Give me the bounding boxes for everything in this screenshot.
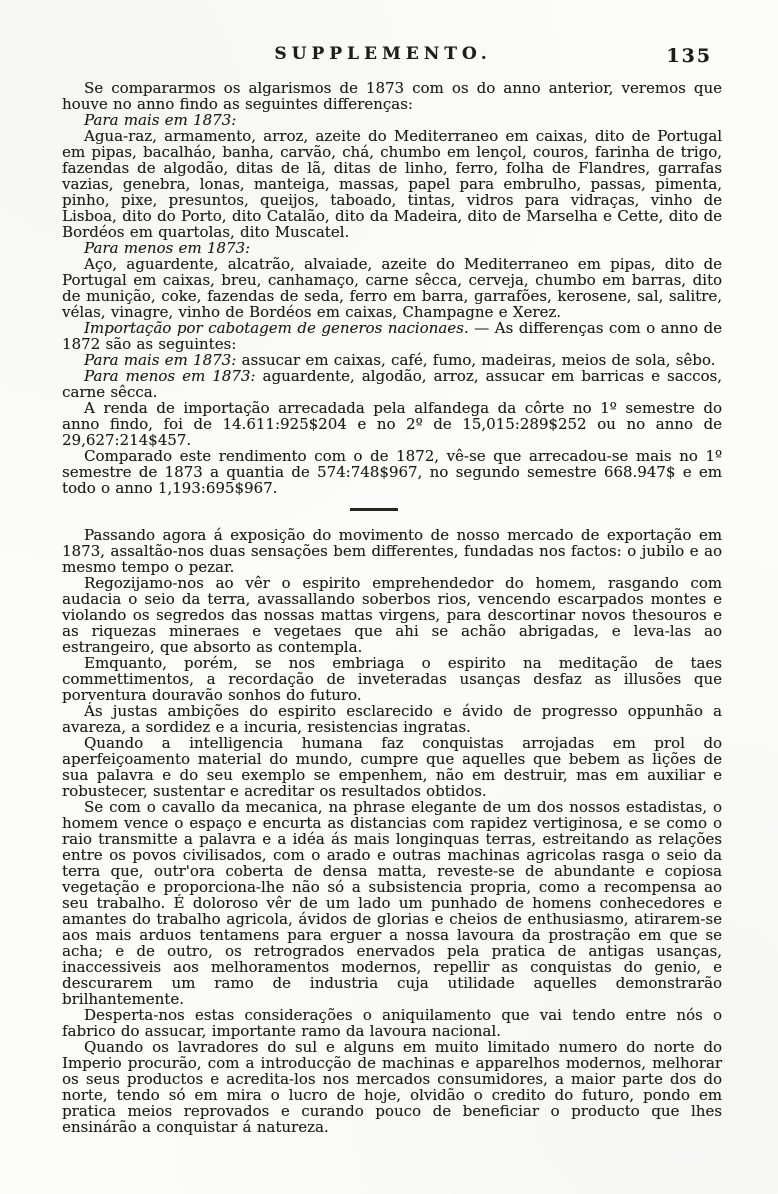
paragraph: Se compararmos os algarismos de 1873 com… — [62, 80, 722, 112]
paragraph: Ás justas ambições do espirito esclareci… — [62, 703, 722, 735]
paragraph: Passando agora á exposição do movimento … — [62, 527, 722, 575]
paragraph-text: Aço, aguardente, alcatrão, alvaiade, aze… — [62, 255, 722, 321]
paragraph: Agua-raz, armamento, arroz, azeite do Me… — [62, 128, 722, 240]
paragraph-text: Desperta-nos estas considerações o aniqu… — [62, 1006, 722, 1040]
page-number: 135 — [666, 45, 712, 67]
paragraph-text: Emquanto, porém, se nos embriaga o espir… — [62, 654, 722, 704]
paragraph-text: Quando a intelligencia humana faz conqui… — [62, 734, 722, 800]
paragraph-text: Se com o cavallo da mecanica, na phrase … — [62, 798, 722, 1008]
paragraph: Aço, aguardente, alcatrão, alvaiade, aze… — [62, 256, 722, 320]
paragraph-text: Comparado este rendimento com o de 1872,… — [62, 447, 722, 497]
paragraph-text: Quando os lavradores do sul e alguns em … — [62, 1038, 722, 1136]
paragraph-text: Regozijamo-nos ao vêr o espirito emprehe… — [62, 574, 722, 656]
paragraph: Para menos em 1873: — [62, 240, 722, 256]
paragraph-text: A renda de importação arrecadada pela al… — [62, 399, 722, 449]
paragraph: Se com o cavallo da mecanica, na phrase … — [62, 799, 722, 1007]
paragraph: Quando a intelligencia humana faz conqui… — [62, 735, 722, 799]
paragraph: Para menos em 1873: aguardente, algodão,… — [62, 368, 722, 400]
paragraph-text: Agua-raz, armamento, arroz, azeite do Me… — [62, 127, 722, 241]
paragraph: Comparado este rendimento com o de 1872,… — [62, 448, 722, 496]
running-head: SUPPLEMENTO. 135 — [0, 44, 778, 68]
paragraph: Para mais em 1873: assucar em caixas, ca… — [62, 352, 722, 368]
paragraph: Importação por cabotagem de generos naci… — [62, 320, 722, 352]
paragraph: A renda de importação arrecadada pela al… — [62, 400, 722, 448]
paragraph: Regozijamo-nos ao vêr o espirito emprehe… — [62, 575, 722, 655]
scanned-document-page: SUPPLEMENTO. 135 Se compararmos os algar… — [0, 0, 778, 1194]
section-divider — [350, 508, 398, 511]
paragraph: Para mais em 1873: — [62, 112, 722, 128]
page-header-title: SUPPLEMENTO. — [0, 44, 772, 64]
body-text-block: Se compararmos os algarismos de 1873 com… — [62, 80, 722, 1135]
paragraph-text: Ás justas ambições do espirito esclareci… — [62, 702, 722, 736]
paragraph: Emquanto, porém, se nos embriaga o espir… — [62, 655, 722, 703]
paragraph-text: Passando agora á exposição do movimento … — [62, 526, 722, 576]
paragraph: Desperta-nos estas considerações o aniqu… — [62, 1007, 722, 1039]
paragraph-text: Se compararmos os algarismos de 1873 com… — [62, 79, 722, 113]
paragraph: Quando os lavradores do sul e alguns em … — [62, 1039, 722, 1135]
